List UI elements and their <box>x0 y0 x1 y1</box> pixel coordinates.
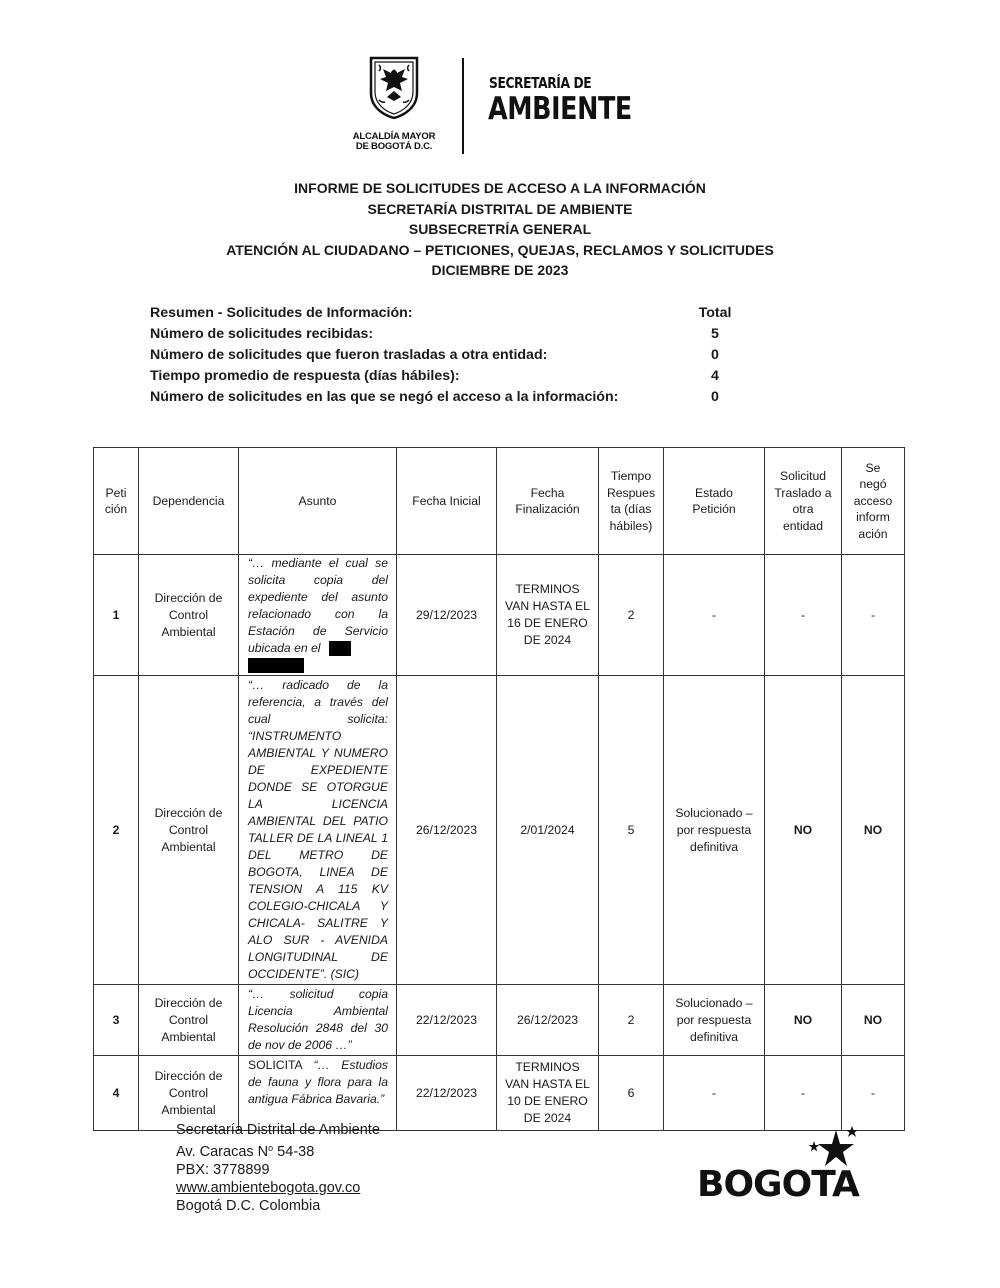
summary-label: Número de solicitudes recibidas: <box>150 324 373 345</box>
cell-peticion: 4 <box>94 1056 139 1131</box>
footer-phone: PBX: 3778899 <box>176 1161 380 1179</box>
cell-fecha-finalizacion: TERMINOSVAN HASTA EL10 DE ENERODE 2024 <box>497 1056 599 1131</box>
alcaldia-name: ALCALDÍA MAYOR DE BOGOTÁ D.C. <box>346 132 442 152</box>
summary-label: Número de solicitudes que fueron traslad… <box>150 345 547 366</box>
cell-peticion: 1 <box>94 555 139 676</box>
ambiente-label: AMBIENTE <box>488 91 632 127</box>
cell-tiempo-respuesta: 2 <box>599 555 664 676</box>
cell-dependencia: Dirección deControlAmbiental <box>139 1056 239 1131</box>
cell-estado-peticion: Solucionado –por respuestadefinitiva <box>664 676 765 985</box>
cell-fecha-finalizacion: 2/01/2024 <box>497 676 599 985</box>
summary-label: Tiempo promedio de respuesta (días hábil… <box>150 366 460 387</box>
report-area: ATENCIÓN AL CIUDADANO – PETICIONES, QUEJ… <box>0 240 1000 261</box>
document-header: ALCALDÍA MAYOR DE BOGOTÁ D.C. SECRETARÍA… <box>0 55 1000 155</box>
cell-tiempo-respuesta: 6 <box>599 1056 664 1131</box>
cell-asunto: “… solicitud copia Licencia Ambiental Re… <box>239 985 397 1056</box>
header-nego-acceso: Senegóaccesoinformación <box>842 448 905 555</box>
header-peticion: Petición <box>94 448 139 555</box>
summary-value: 0 <box>675 345 755 366</box>
summary-row: Número de solicitudes recibidas: 5 <box>150 324 740 345</box>
cell-peticion: 3 <box>94 985 139 1056</box>
report-subsecretaria: SUBSECRETRÍA GENERAL <box>0 219 1000 240</box>
header-fecha-finalizacion: FechaFinalización <box>497 448 599 555</box>
cell-fecha-inicial: 22/12/2023 <box>397 985 497 1056</box>
cell-nego-acceso: NO <box>842 676 905 985</box>
coat-of-arms-icon <box>367 55 421 119</box>
report-title-block: INFORME DE SOLICITUDES DE ACCESO A LA IN… <box>0 178 1000 281</box>
cell-tiempo-respuesta: 2 <box>599 985 664 1056</box>
summary-row: Número de solicitudes en las que se negó… <box>150 387 740 408</box>
secretaria-label: SECRETARÍA DE <box>489 74 591 92</box>
report-title: INFORME DE SOLICITUDES DE ACCESO A LA IN… <box>0 178 1000 199</box>
cell-tiempo-respuesta: 5 <box>599 676 664 985</box>
summary-value: 4 <box>675 366 755 387</box>
table-header-row: Petición Dependencia Asunto Fecha Inicia… <box>94 448 905 555</box>
cell-estado-peticion: Solucionado –por respuestadefinitiva <box>664 985 765 1056</box>
summary-value: 5 <box>675 324 755 345</box>
table-row: 4Dirección deControlAmbientalSOLICITA “…… <box>94 1056 905 1131</box>
header-tiempo-respuesta: TiempoRespuesta (díashábiles) <box>599 448 664 555</box>
summary-section: Resumen - Solicitudes de Información: To… <box>150 303 740 408</box>
table-row: 3Dirección deControlAmbiental“… solicitu… <box>94 985 905 1056</box>
bogota-logo: BOGOTA <box>697 1124 867 1214</box>
redaction-block <box>329 641 351 656</box>
summary-heading-row: Resumen - Solicitudes de Información: To… <box>150 303 740 324</box>
summary-heading: Resumen - Solicitudes de Información: <box>150 303 413 324</box>
footer-website-link[interactable]: www.ambientebogota.gov.co <box>176 1180 360 1196</box>
cell-estado-peticion: - <box>664 1056 765 1131</box>
summary-label: Número de solicitudes en las que se negó… <box>150 387 618 408</box>
header-estado-peticion: EstadoPetición <box>664 448 765 555</box>
report-period: DICIEMBRE DE 2023 <box>0 260 1000 281</box>
bogota-wordmark: BOGOTA <box>697 1164 859 1205</box>
cell-dependencia: Dirección deControlAmbiental <box>139 985 239 1056</box>
footer-city: Bogotá D.C. Colombia <box>176 1197 380 1215</box>
header-dependencia: Dependencia <box>139 448 239 555</box>
summary-row: Número de solicitudes que fueron traslad… <box>150 345 740 366</box>
cell-fecha-inicial: 29/12/2023 <box>397 555 497 676</box>
summary-value: 0 <box>675 387 755 408</box>
cell-asunto: “… radicado de la referencia, a través d… <box>239 676 397 985</box>
header-fecha-inicial: Fecha Inicial <box>397 448 497 555</box>
redaction-block <box>248 658 304 673</box>
header-traslado: SolicitudTraslado aotraentidad <box>765 448 842 555</box>
cell-asunto: “… mediante el cual se solicita copia de… <box>239 555 397 676</box>
cell-traslado: - <box>765 555 842 676</box>
cell-asunto: SOLICITA “… Estudios de fauna y flora pa… <box>239 1056 397 1131</box>
cell-nego-acceso: - <box>842 1056 905 1131</box>
cell-dependencia: Dirección deControlAmbiental <box>139 555 239 676</box>
cell-fecha-finalizacion: 26/12/2023 <box>497 985 599 1056</box>
cell-fecha-inicial: 26/12/2023 <box>397 676 497 985</box>
cell-traslado: NO <box>765 985 842 1056</box>
alcaldia-logo: ALCALDÍA MAYOR DE BOGOTÁ D.C. <box>346 55 442 152</box>
footer-entity: Secretaría Distrital de Ambiente <box>176 1121 380 1139</box>
cell-nego-acceso: NO <box>842 985 905 1056</box>
cell-fecha-inicial: 22/12/2023 <box>397 1056 497 1131</box>
report-entity: SECRETARÍA DISTRITAL DE AMBIENTE <box>0 199 1000 220</box>
footer-contact: Secretaría Distrital de Ambiente Av. Car… <box>176 1121 380 1215</box>
cell-dependencia: Dirección deControlAmbiental <box>139 676 239 985</box>
cell-estado-peticion: - <box>664 555 765 676</box>
table-row: 1Dirección deControlAmbiental“… mediante… <box>94 555 905 676</box>
cell-traslado: NO <box>765 676 842 985</box>
cell-nego-acceso: - <box>842 555 905 676</box>
cell-peticion: 2 <box>94 676 139 985</box>
summary-row: Tiempo promedio de respuesta (días hábil… <box>150 366 740 387</box>
cell-fecha-finalizacion: TERMINOSVAN HASTA EL16 DE ENERODE 2024 <box>497 555 599 676</box>
summary-total-label: Total <box>675 303 755 324</box>
cell-traslado: - <box>765 1056 842 1131</box>
header-divider <box>462 58 464 154</box>
header-asunto: Asunto <box>239 448 397 555</box>
footer-address: Av. Caracas No 54-38 <box>176 1139 380 1161</box>
table-row: 2Dirección deControlAmbiental“… radicado… <box>94 676 905 985</box>
requests-table: Petición Dependencia Asunto Fecha Inicia… <box>93 447 905 1131</box>
